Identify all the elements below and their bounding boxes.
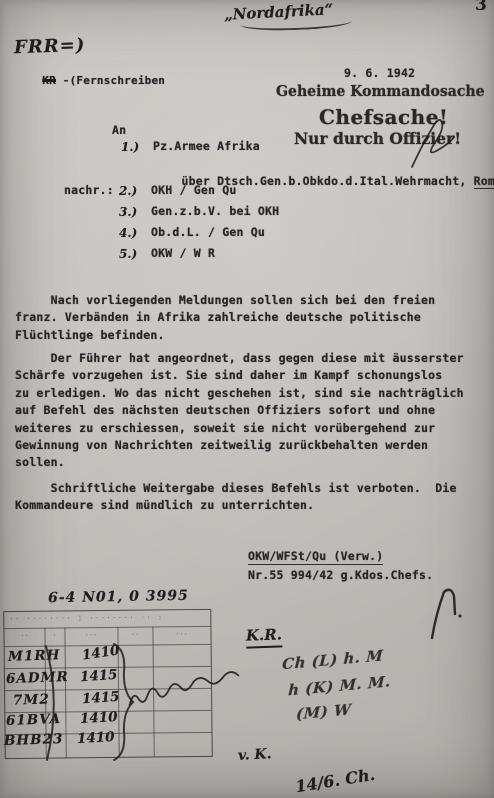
page-number: 3	[475, 0, 487, 15]
classification-stamp-geheime-kommandosache: Geheime Kommandosache	[276, 83, 485, 100]
distribution-item: OKH / Gen Qu	[151, 183, 236, 197]
handwritten-item-number-2: 2.)	[119, 184, 137, 198]
body-paragraph-2: Der Führer hat angeordnet, dass gegen di…	[15, 350, 464, 472]
handwritten-registry-number: 6-4 N01, 0 3995	[48, 588, 189, 606]
handwritten-item-number-5: 5.)	[119, 247, 137, 261]
distribution-item: OKW / W R	[151, 246, 215, 260]
handwritten-item-number-1: 1.)	[121, 140, 139, 154]
stamp-column-header: ···	[64, 631, 117, 640]
document-reference-number: Nr.55 994/42 g.Kdos.Chefs.	[248, 568, 433, 582]
body-paragraph-3: Schriftliche Weitergabe dieses Befehls i…	[15, 480, 457, 515]
handwritten-kr-note: K.R.	[246, 625, 283, 648]
recipient-line: Pz.Armee Afrika	[153, 139, 260, 153]
cancelled-priority-code: KR	[42, 74, 56, 87]
stamp-gridline	[4, 626, 210, 629]
handwritten-paraph-mark	[424, 584, 462, 642]
recipient-via-city: Rom	[474, 174, 494, 189]
handwritten-item-number-3: 3.)	[119, 205, 137, 219]
address-to-label: An	[112, 123, 126, 137]
body-paragraph-1: Nach vorliegenden Meldungen sollen sich …	[15, 292, 435, 344]
handwritten-date-note: 14/6. Ch.	[294, 765, 376, 796]
stamp-left-paren-stroke	[42, 644, 62, 762]
handwritten-underline-stroke	[240, 14, 352, 32]
distribution-item: Ob.d.L. / Gen Qu	[151, 225, 265, 239]
distribution-label: nachr.:	[64, 183, 114, 197]
stamp-column-header: ··	[4, 632, 44, 640]
handwritten-item-number-4: 4.)	[119, 226, 137, 240]
scanned-document-photo: „Nordafrika“ 3 FRR=) KR -(Fernschreiben …	[0, 0, 494, 798]
stamp-column-header: ··	[117, 631, 152, 639]
handwritten-scribble-line: Ch (L) h. M	[282, 647, 384, 674]
issuing-unit: OKW/WFSt/Qu (Verw.)	[248, 549, 383, 565]
stamp-column-header: ···	[152, 630, 210, 639]
handwritten-scribble-line: (M) W	[296, 701, 352, 724]
handwritten-routing-mark: FRR=)	[14, 35, 86, 58]
distribution-item: Gen.z.b.V. bei OKH	[151, 204, 279, 218]
handwritten-initials: v. K.	[238, 746, 272, 764]
transmission-type-label: -(Fernschreiben	[63, 74, 165, 87]
document-date: 9. 6. 1942	[344, 66, 415, 80]
handwritten-scribble-line: h (K) M. M.	[288, 672, 392, 699]
stamp-header-illegible-text: ·· ········ ¦ ········ ·· :	[9, 613, 163, 623]
stamp-column-header: ·	[44, 631, 64, 639]
stamp-gridline	[64, 627, 67, 757]
